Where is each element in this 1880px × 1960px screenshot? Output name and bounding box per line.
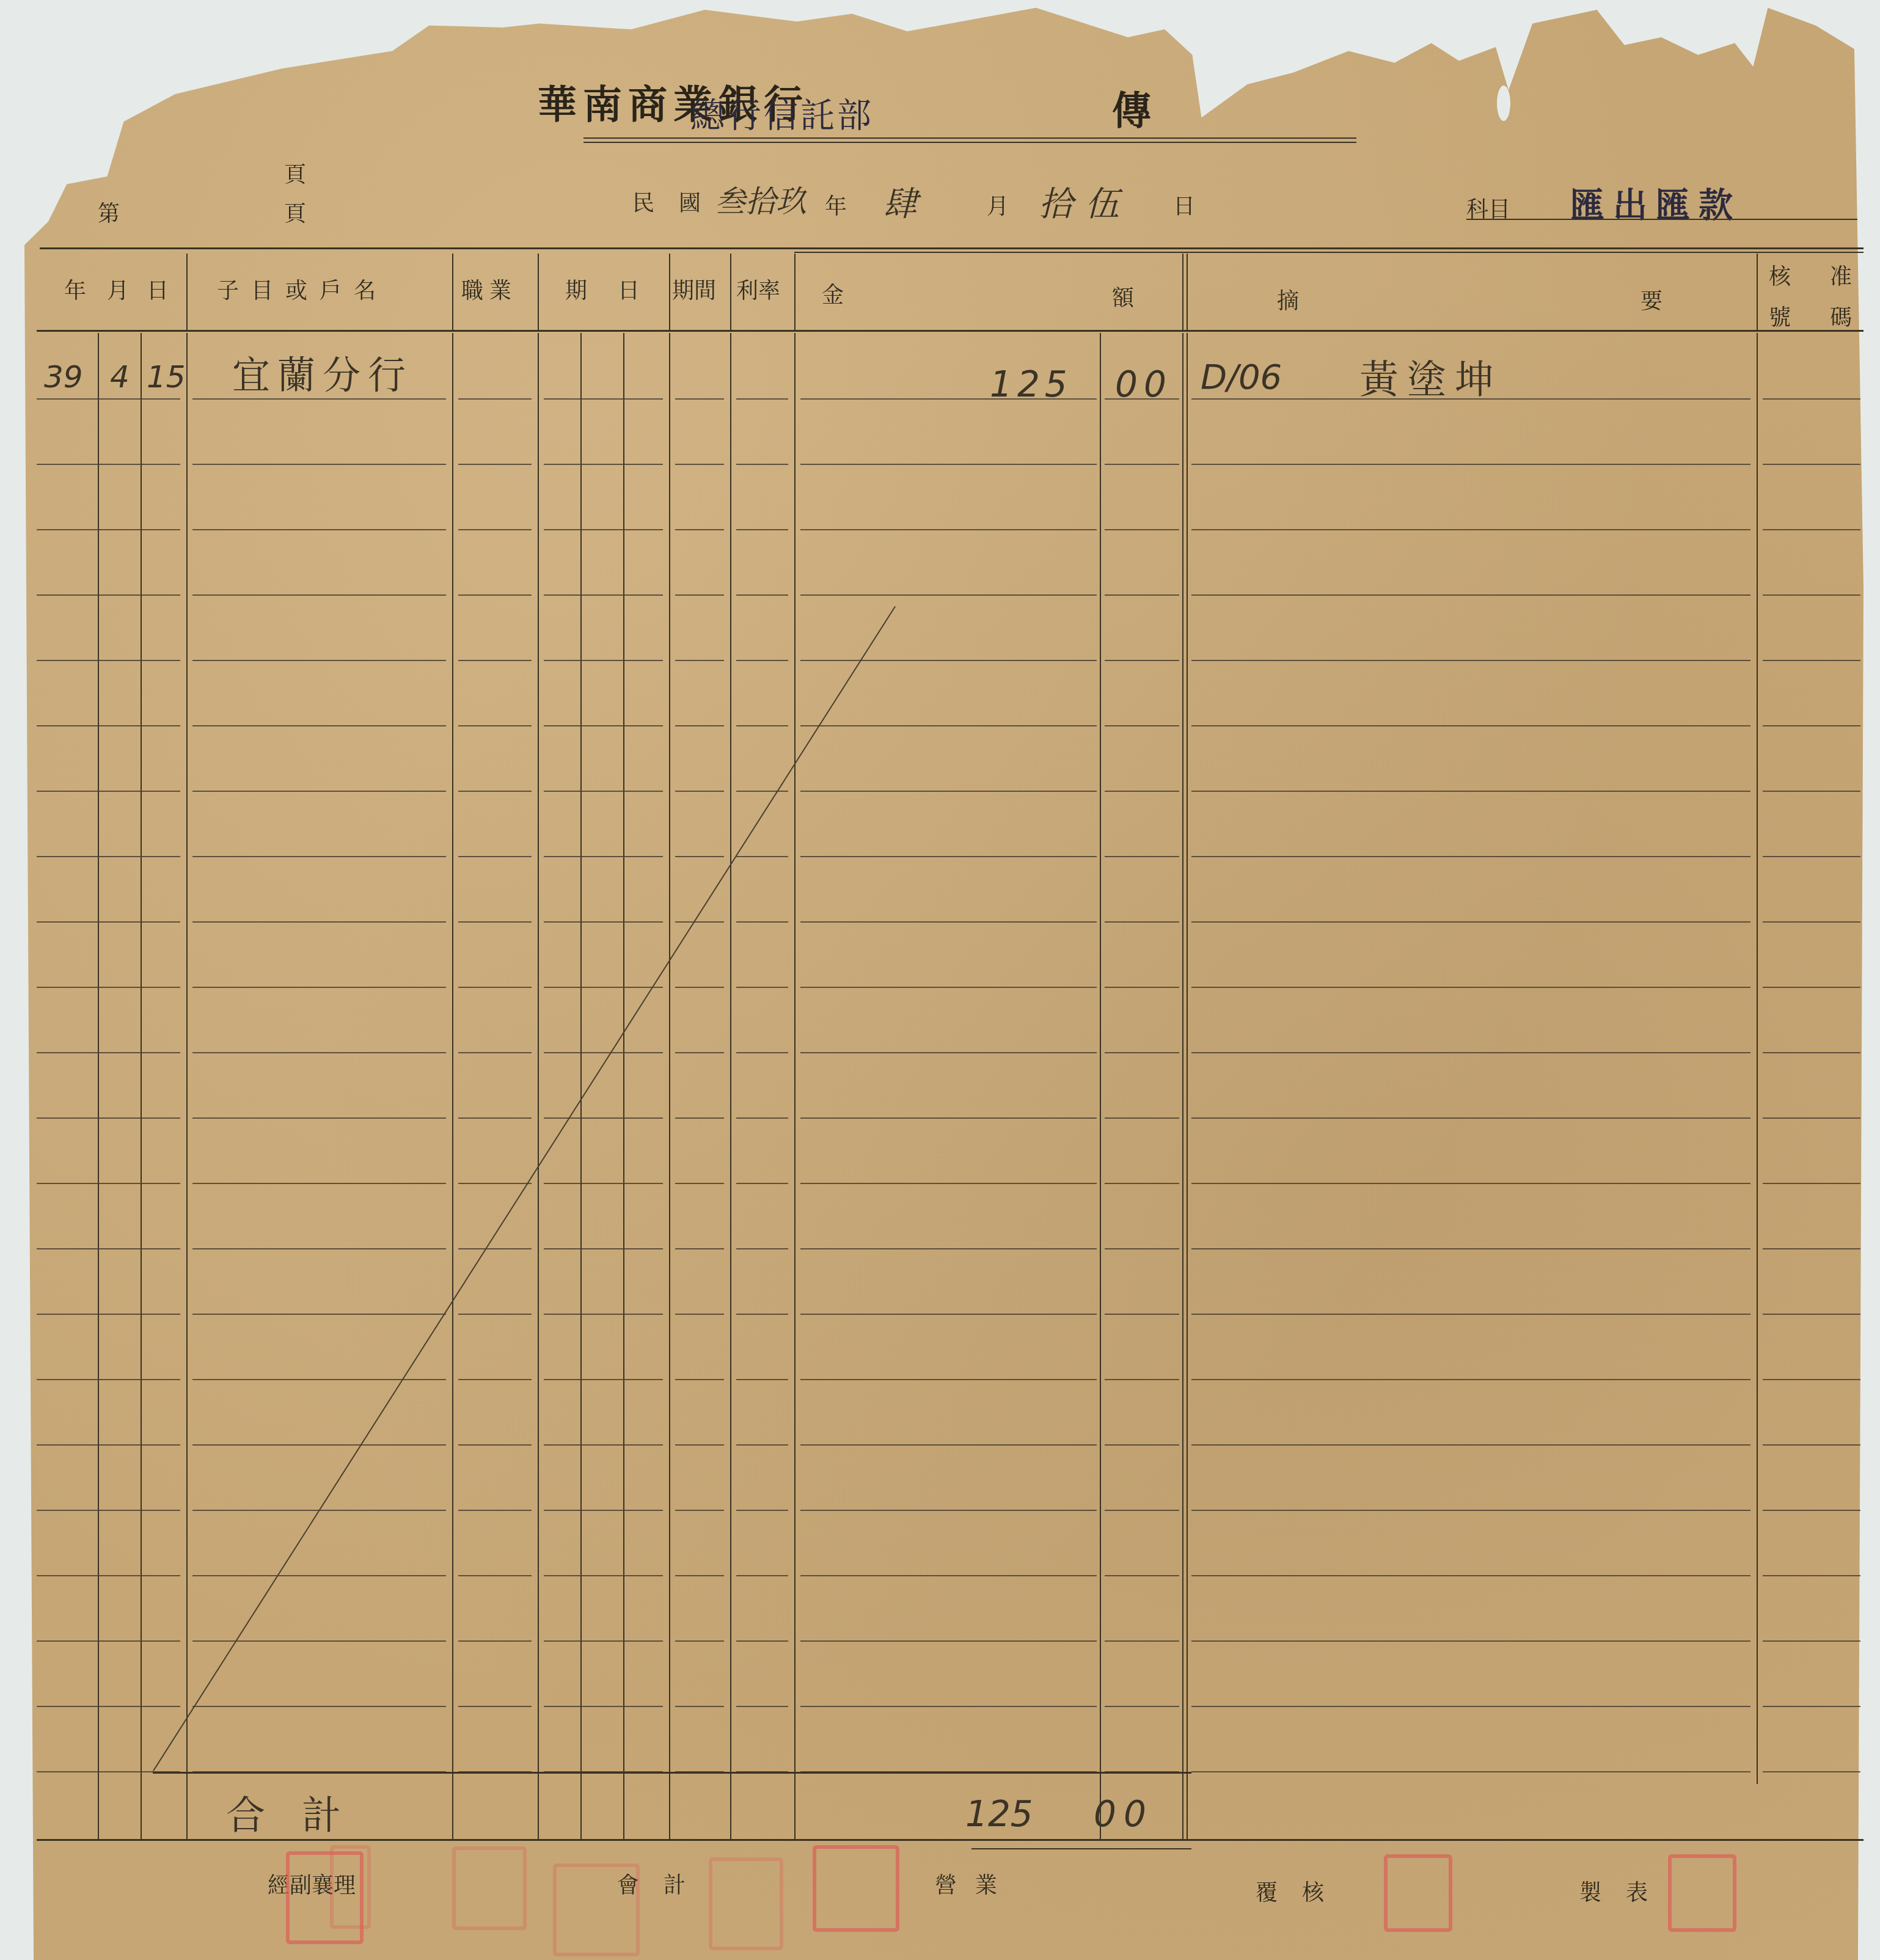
row-rule [675,1117,724,1119]
row-rule [1763,1444,1860,1446]
row-rule [1763,529,1860,530]
col-header-day: 日 [147,274,169,305]
row-rule [1191,1117,1750,1119]
row-rule [1105,464,1179,465]
row-rule [675,594,724,596]
row-rule [736,1379,788,1380]
row-rule [1105,660,1179,661]
row-rule [37,791,180,792]
row-rule [192,725,446,726]
row-rule [736,1248,788,1249]
col-header-summary-right: 要 [1640,284,1662,315]
row-rule [1191,1248,1750,1249]
row-rule [544,529,663,530]
row-rule [458,725,532,726]
row-rule [37,1117,180,1119]
row-rule [192,1183,446,1184]
row-rule [1105,791,1179,792]
page-label-bottom: 頁 [284,197,306,228]
row-rule [544,1510,663,1511]
row-rule [544,856,663,857]
row-rule [192,1117,446,1119]
seal-stamp-manager-3 [452,1846,527,1930]
row-rule [37,464,180,465]
col-header-summary-left: 摘 [1277,284,1299,315]
row-rule [458,791,532,792]
row-rule [1763,1706,1860,1707]
row-rule [1763,791,1860,792]
row-rule [1191,1640,1750,1642]
header-divider-period [730,254,731,330]
row-rule [800,725,1097,726]
row-rule [736,1510,788,1511]
row-rule [675,725,724,726]
row-rule [675,1248,724,1249]
row-rule [192,529,446,530]
row-rule [1191,921,1750,923]
row1-summary-code: D/06 [1201,357,1282,397]
row-rule [675,921,724,923]
row-rule [800,791,1097,792]
paper-tear-hole [1497,86,1510,121]
row-rule [1105,1052,1179,1053]
col-header-amount-left: 金 [822,278,844,309]
seal-stamp-accounting-1 [553,1863,640,1956]
col-line-due-period [669,333,670,1839]
row1-summary-name: 黃塗坤 [1359,348,1502,404]
row-rule [1191,791,1750,792]
row-rule [675,1314,724,1315]
row-rule [37,660,180,661]
row-rule [800,987,1097,988]
signature-label-prepared-by: 製表 [1579,1876,1672,1907]
row-rule [458,660,532,661]
row-rule [37,1510,180,1511]
row-rule [736,529,788,530]
row-rule [37,594,180,596]
row-rule [800,921,1097,923]
row-rule [736,660,788,661]
row1-year: 39 [44,359,83,395]
row-rule [192,791,446,792]
col-line-cents-summary [1182,333,1183,1839]
row-rule [1105,1117,1179,1119]
row-rule [192,1575,446,1576]
row-rule [37,725,180,726]
row-rule [736,1117,788,1119]
form-type-partial: 傳 [1112,79,1157,136]
col-header-occupation: 職業 [461,274,518,305]
row-rule [675,1052,724,1053]
row-rule [192,594,446,596]
row-rule [458,1640,532,1642]
row-rule [675,529,724,530]
date-day-handwritten: 拾伍 [1039,177,1132,226]
row-rule [37,1444,180,1446]
row-rule [458,464,532,465]
row-rule [458,1052,532,1053]
row-rule [736,725,788,726]
row-rule [800,529,1097,530]
header-divider-date [186,254,188,330]
row-rule [1191,856,1750,857]
row-rule [544,464,663,465]
row-rule [544,1444,663,1446]
row-rule [37,1706,180,1707]
col-header-interest-rate: 利率 [736,274,780,305]
header-bottom-line [37,330,1864,332]
title-underline-2 [583,142,1356,143]
row-rule [1191,1183,1750,1184]
col-header-approve-code-bottom: 碼 [1830,301,1852,332]
row-rule [192,1640,446,1642]
col-line-period-rate [730,333,731,1839]
col-line-month-day [141,333,142,1839]
date-month-handwritten: 肆 [883,177,917,226]
row-rule [1191,1379,1750,1380]
row-rule [1105,1379,1179,1380]
row-rule [37,1248,180,1249]
row-rule [544,1052,663,1053]
row-rule [736,1314,788,1315]
row-rule [458,1444,532,1446]
date-day-label: 日 [1173,189,1195,221]
row-rule [800,1117,1097,1119]
col-header-year: 年 [64,274,86,305]
row-rule [192,1052,446,1053]
row-rule [37,921,180,923]
title-underline [583,137,1356,139]
row-rule [1763,1379,1860,1380]
row-rule [458,1379,532,1380]
row-rule [1763,464,1860,465]
row-rule [675,1575,724,1576]
row-rule [675,856,724,857]
row-rule [1105,987,1179,988]
date-year-handwritten: 叁拾玖 [715,177,806,221]
row-rule [544,1117,663,1119]
row-rule [37,398,180,400]
row-rule [1763,1771,1860,1772]
signature-label-business: 營業 [935,1868,1015,1900]
row-rule [1763,1052,1860,1053]
row-rule [458,856,532,857]
seal-stamp-review [1384,1854,1452,1932]
department-name: 總行信託部 [690,89,874,137]
row-rule [800,1052,1097,1053]
row-rule [1191,464,1750,465]
row-rule [675,464,724,465]
row-rule [800,594,1097,596]
subject-underline [1466,219,1857,220]
total-label: 合計 [226,1784,378,1840]
row-rule [800,1706,1097,1707]
row-rule [192,1444,446,1446]
row-rule [1763,594,1860,596]
row-rule [1763,1575,1860,1576]
row-rule [544,1314,663,1315]
col-header-month: 月 [107,274,129,305]
row-rule [458,1510,532,1511]
row-rule [736,987,788,988]
row-rule [1763,398,1860,400]
seal-stamp-business [813,1845,899,1932]
row-rule [37,987,180,988]
row-rule [736,1640,788,1642]
col-header-approve-code-top: 准 [1830,260,1852,291]
row-rule [458,1117,532,1119]
row-rule [1105,856,1179,857]
row-rule [37,1575,180,1576]
col-line-occupation-due [538,333,539,1839]
row-rule [458,921,532,923]
row-rule [1763,1183,1860,1184]
row-rule [1105,725,1179,726]
row-rule [1763,987,1860,988]
row-rule [675,1510,724,1511]
row-rule [458,1248,532,1249]
page-label-first: 第 [98,197,120,228]
row-rule [675,660,724,661]
row-rule [675,987,724,988]
col-line-cents-summary-2 [1187,333,1188,1839]
row-rule [37,1052,180,1053]
row-rule [1191,1771,1750,1772]
row1-amount-whole: 125 [990,364,1072,405]
row-rule [1763,1510,1860,1511]
row-rule [800,1379,1097,1380]
col-header-period: 期間 [672,274,716,305]
row-rule [192,987,446,988]
row-rule [544,1575,663,1576]
row1-amount-cents: 00 [1115,364,1172,405]
row-rule [1191,1706,1750,1707]
row-rule [544,1183,663,1184]
row-rule [1763,725,1860,726]
row-rule [736,594,788,596]
row-rule [675,791,724,792]
row-rule [675,1379,724,1380]
subject-value: 匯出匯款 [1570,178,1741,227]
seal-stamp-prepared-by [1668,1854,1736,1932]
col-header-due-date: 期日 [565,274,670,305]
col-line-name-occupation [452,333,453,1839]
row-rule [544,398,663,400]
row-rule [1763,1314,1860,1315]
row-rule [544,594,663,596]
row-rule [1105,1640,1179,1642]
row-rule [1763,921,1860,923]
row-rule [675,398,724,400]
row-rule [736,856,788,857]
row-rule [1763,1117,1860,1119]
row-rule [192,921,446,923]
row-rule [1105,1444,1179,1446]
row-rule [1763,660,1860,661]
total-amount-cents: 00 [1094,1793,1154,1835]
row-rule [1105,1183,1179,1184]
row-rule [544,921,663,923]
row-rule [1191,1052,1750,1053]
row-rule [458,1183,532,1184]
row-rule [37,1640,180,1642]
col-line-day-name [186,333,188,1839]
row-rule [1191,1575,1750,1576]
col-line-due-sub2 [623,333,624,1839]
row-rule [1191,987,1750,988]
row-rule [458,1314,532,1315]
header-divider-name [452,254,453,330]
row-rule [1105,594,1179,596]
row-rule [736,464,788,465]
row-rule [544,987,663,988]
row-rule [800,1575,1097,1576]
row-rule [1105,1314,1179,1315]
total-amount-whole: 125 [965,1793,1033,1835]
row-rule [800,856,1097,857]
row-rule [458,594,532,596]
row1-month: 4 [110,359,130,395]
header-divider-amount-2 [1187,254,1188,330]
row-rule [192,1248,446,1249]
row-rule [1191,660,1750,661]
row-rule [458,1706,532,1707]
row-rule [1105,1706,1179,1707]
signature-label-review: 覆核 [1256,1876,1348,1907]
col-header-check-no-top: 核 [1769,260,1791,291]
header-divider-amount [1182,254,1183,330]
row-rule [37,529,180,530]
row-rule [37,1379,180,1380]
row-rule [1105,529,1179,530]
row-rule [1763,856,1860,857]
col-line-due-sub1 [580,333,582,1839]
row-rule [800,1640,1097,1642]
row-rule [1191,1444,1750,1446]
row-rule [192,856,446,857]
header-divider-occupation [538,254,539,330]
row-rule [458,529,532,530]
row-rule [37,856,180,857]
row-rule [1105,1510,1179,1511]
row-rule [458,398,532,400]
row-rule [1191,529,1750,530]
total-top-line [153,1772,1191,1774]
row-rule [1763,1640,1860,1642]
row-rule [800,464,1097,465]
date-year-label: 年 [825,189,847,221]
row-rule [1105,1248,1179,1249]
col-line-rate-amount [794,333,796,1839]
row-rule [1191,1510,1750,1511]
row-rule [736,1706,788,1707]
date-month-label: 月 [987,189,1009,221]
row-rule [544,1248,663,1249]
row-rule [736,1052,788,1053]
row-rule [800,1314,1097,1315]
row-rule [800,660,1097,661]
header-divider-rate [794,254,796,330]
row-rule [675,1183,724,1184]
row1-day: 15 [147,359,186,395]
row-rule [192,660,446,661]
page-label-top: 頁 [284,158,306,189]
header-top-line [40,247,1864,249]
row-rule [675,1640,724,1642]
header-divider-summary [1757,254,1758,330]
row-rule [736,921,788,923]
seal-stamp-accounting-2 [709,1857,783,1950]
row1-account-name: 宜蘭分行 [232,345,413,400]
row-rule [736,791,788,792]
date-prefix: 民國 [632,186,725,218]
row-rule [1105,921,1179,923]
row-rule [736,1444,788,1446]
row-rule [192,1379,446,1380]
row-rule [458,1575,532,1576]
row-rule [1191,594,1750,596]
row-rule [544,1706,663,1707]
row-rule [675,1444,724,1446]
row-rule [800,1183,1097,1184]
row-rule [544,1379,663,1380]
row-rule [1763,1248,1860,1249]
row-rule [192,1706,446,1707]
row-rule [192,464,446,465]
row-rule [1105,1575,1179,1576]
row-rule [675,1706,724,1707]
row-rule [544,791,663,792]
row-rule [544,1640,663,1642]
col-line-year-month [98,333,99,1839]
row-rule [736,398,788,400]
seal-stamp-manager-2 [330,1845,371,1929]
row-rule [458,987,532,988]
header-top-line-2 [794,252,1864,253]
col-line-amount-cents [1100,333,1101,1839]
row-rule [800,1248,1097,1249]
row-rule [736,1183,788,1184]
col-line-summary-check [1757,333,1758,1784]
col-header-check-no-bottom: 號 [1769,301,1791,332]
col-header-account-name: 子目或戶名 [217,274,388,305]
row-rule [192,1314,446,1315]
row-rule [1191,725,1750,726]
row-rule [544,660,663,661]
row-rule [544,725,663,726]
row-rule [800,1444,1097,1446]
row-rule [800,1510,1097,1511]
row-rule [1191,1314,1750,1315]
row-rule [736,1575,788,1576]
total-double-underline [971,1848,1191,1849]
header-divider-due [669,254,670,330]
row-rule [37,1314,180,1315]
row-rule [37,1183,180,1184]
col-header-amount-right: 額 [1112,281,1134,312]
